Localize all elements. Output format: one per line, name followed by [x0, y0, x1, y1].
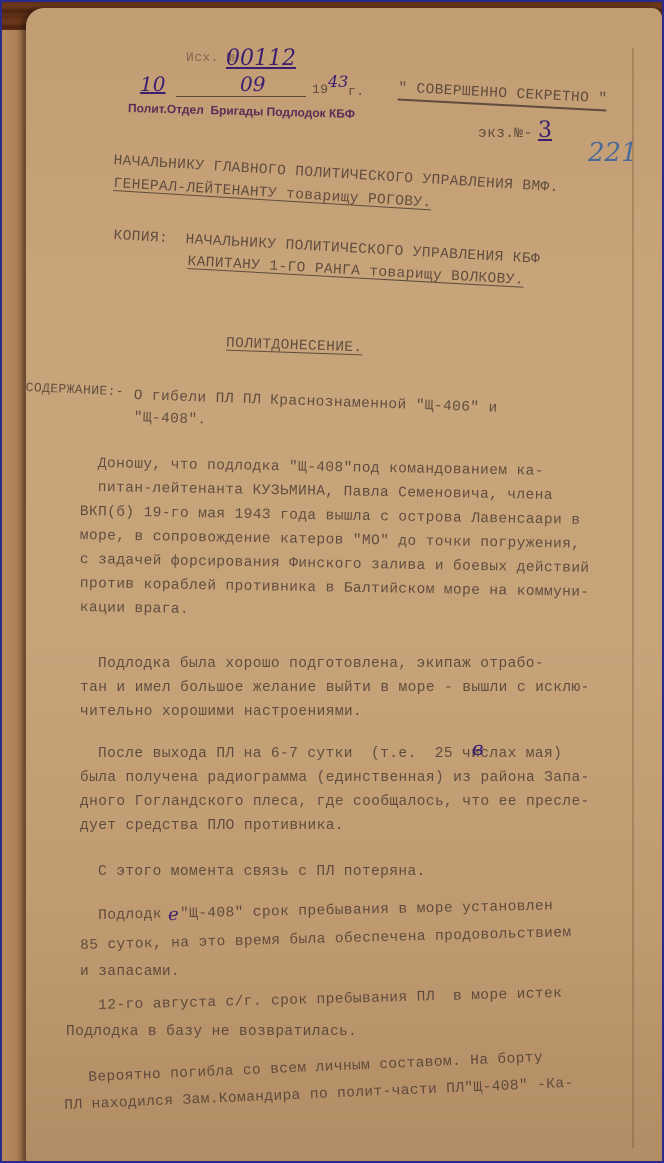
handwritten-insert: е [168, 904, 179, 925]
handwritten-insert: в [472, 736, 484, 760]
paragraph-line: чительно хорошими настроениями. [80, 704, 362, 720]
subject-label: СОДЕРЖАНИЕ:- [25, 380, 124, 399]
document-title: ПОЛИТДОНЕСЕНИЕ. [226, 336, 363, 357]
date-day: 10 [140, 72, 165, 96]
paragraph-line: Подлодк "Щ-408" срок пребывания в море у… [98, 898, 553, 924]
outgoing-number: 00112 [226, 46, 296, 71]
copy-number: 3 [538, 118, 552, 143]
paragraph-line: с задачей форсирования Финского залива и… [80, 552, 590, 577]
paragraph-line: питан-лейтенанта КУЗЬМИНА, Павла Семенов… [98, 480, 553, 504]
paragraph-line: Доношу, что подлодка "Щ-408"под командов… [98, 456, 544, 480]
paragraph-line: 85 суток, на это время была обеспечена п… [80, 925, 572, 954]
paragraph-line: море, в сопровождение катеров "МО" до то… [80, 528, 581, 553]
paragraph-line: тан и имел большое желание выйти в море … [80, 680, 590, 696]
paragraph-line: 12-го августа с/г. срок пребывания ПЛ в … [98, 986, 562, 1014]
paragraph-line: против кораблей противника в Балтийском … [80, 576, 590, 601]
paragraph-line: После выхода ПЛ на 6-7 сутки (т.е. 25 чи… [98, 746, 562, 762]
archive-number: 221 [588, 138, 638, 168]
paragraph-line: дного Гогландского плеса, где сообщалось… [80, 794, 590, 810]
paragraph-line: дует средства ПЛО противника. [80, 818, 344, 834]
subject-line-2: "Щ-408". [133, 410, 206, 429]
date-year-handwritten: 43 [328, 72, 348, 91]
paragraph-line: кации врага. [80, 600, 189, 618]
paragraph-line: Подлодка в базу не возвратилась. [66, 1024, 357, 1040]
paragraph-line: Подлодка была хорошо подготовлена, экипа… [98, 656, 544, 672]
political-department-stamp: Полит.Отдел Бригады Подлодок КБФ [128, 101, 355, 121]
date-year-prefix: 19 [312, 82, 328, 97]
paragraph-line: ВКП(б) 19-го мая 1943 года вышла с остро… [80, 504, 581, 529]
copy-label: экз.№- [478, 126, 533, 142]
paragraph-line: С этого момента связь с ПЛ потеряна. [98, 864, 426, 880]
date-year-suffix: г. [348, 84, 364, 99]
paragraph-line: и запасами. [80, 964, 180, 980]
paragraph-line: была получена радиограмма (единственная)… [80, 770, 590, 786]
sheet-fold-line [632, 48, 634, 1148]
date-month: 09 [240, 72, 265, 96]
classification-label: " СОВЕРШЕННО СЕКРЕТНО " [398, 81, 608, 112]
document-sheet: Исх. № 00112 10 09 19 43 г. Полит.Отдел … [26, 8, 662, 1163]
date-underline [176, 96, 306, 97]
copy-to-label: КОПИЯ: [113, 228, 168, 247]
